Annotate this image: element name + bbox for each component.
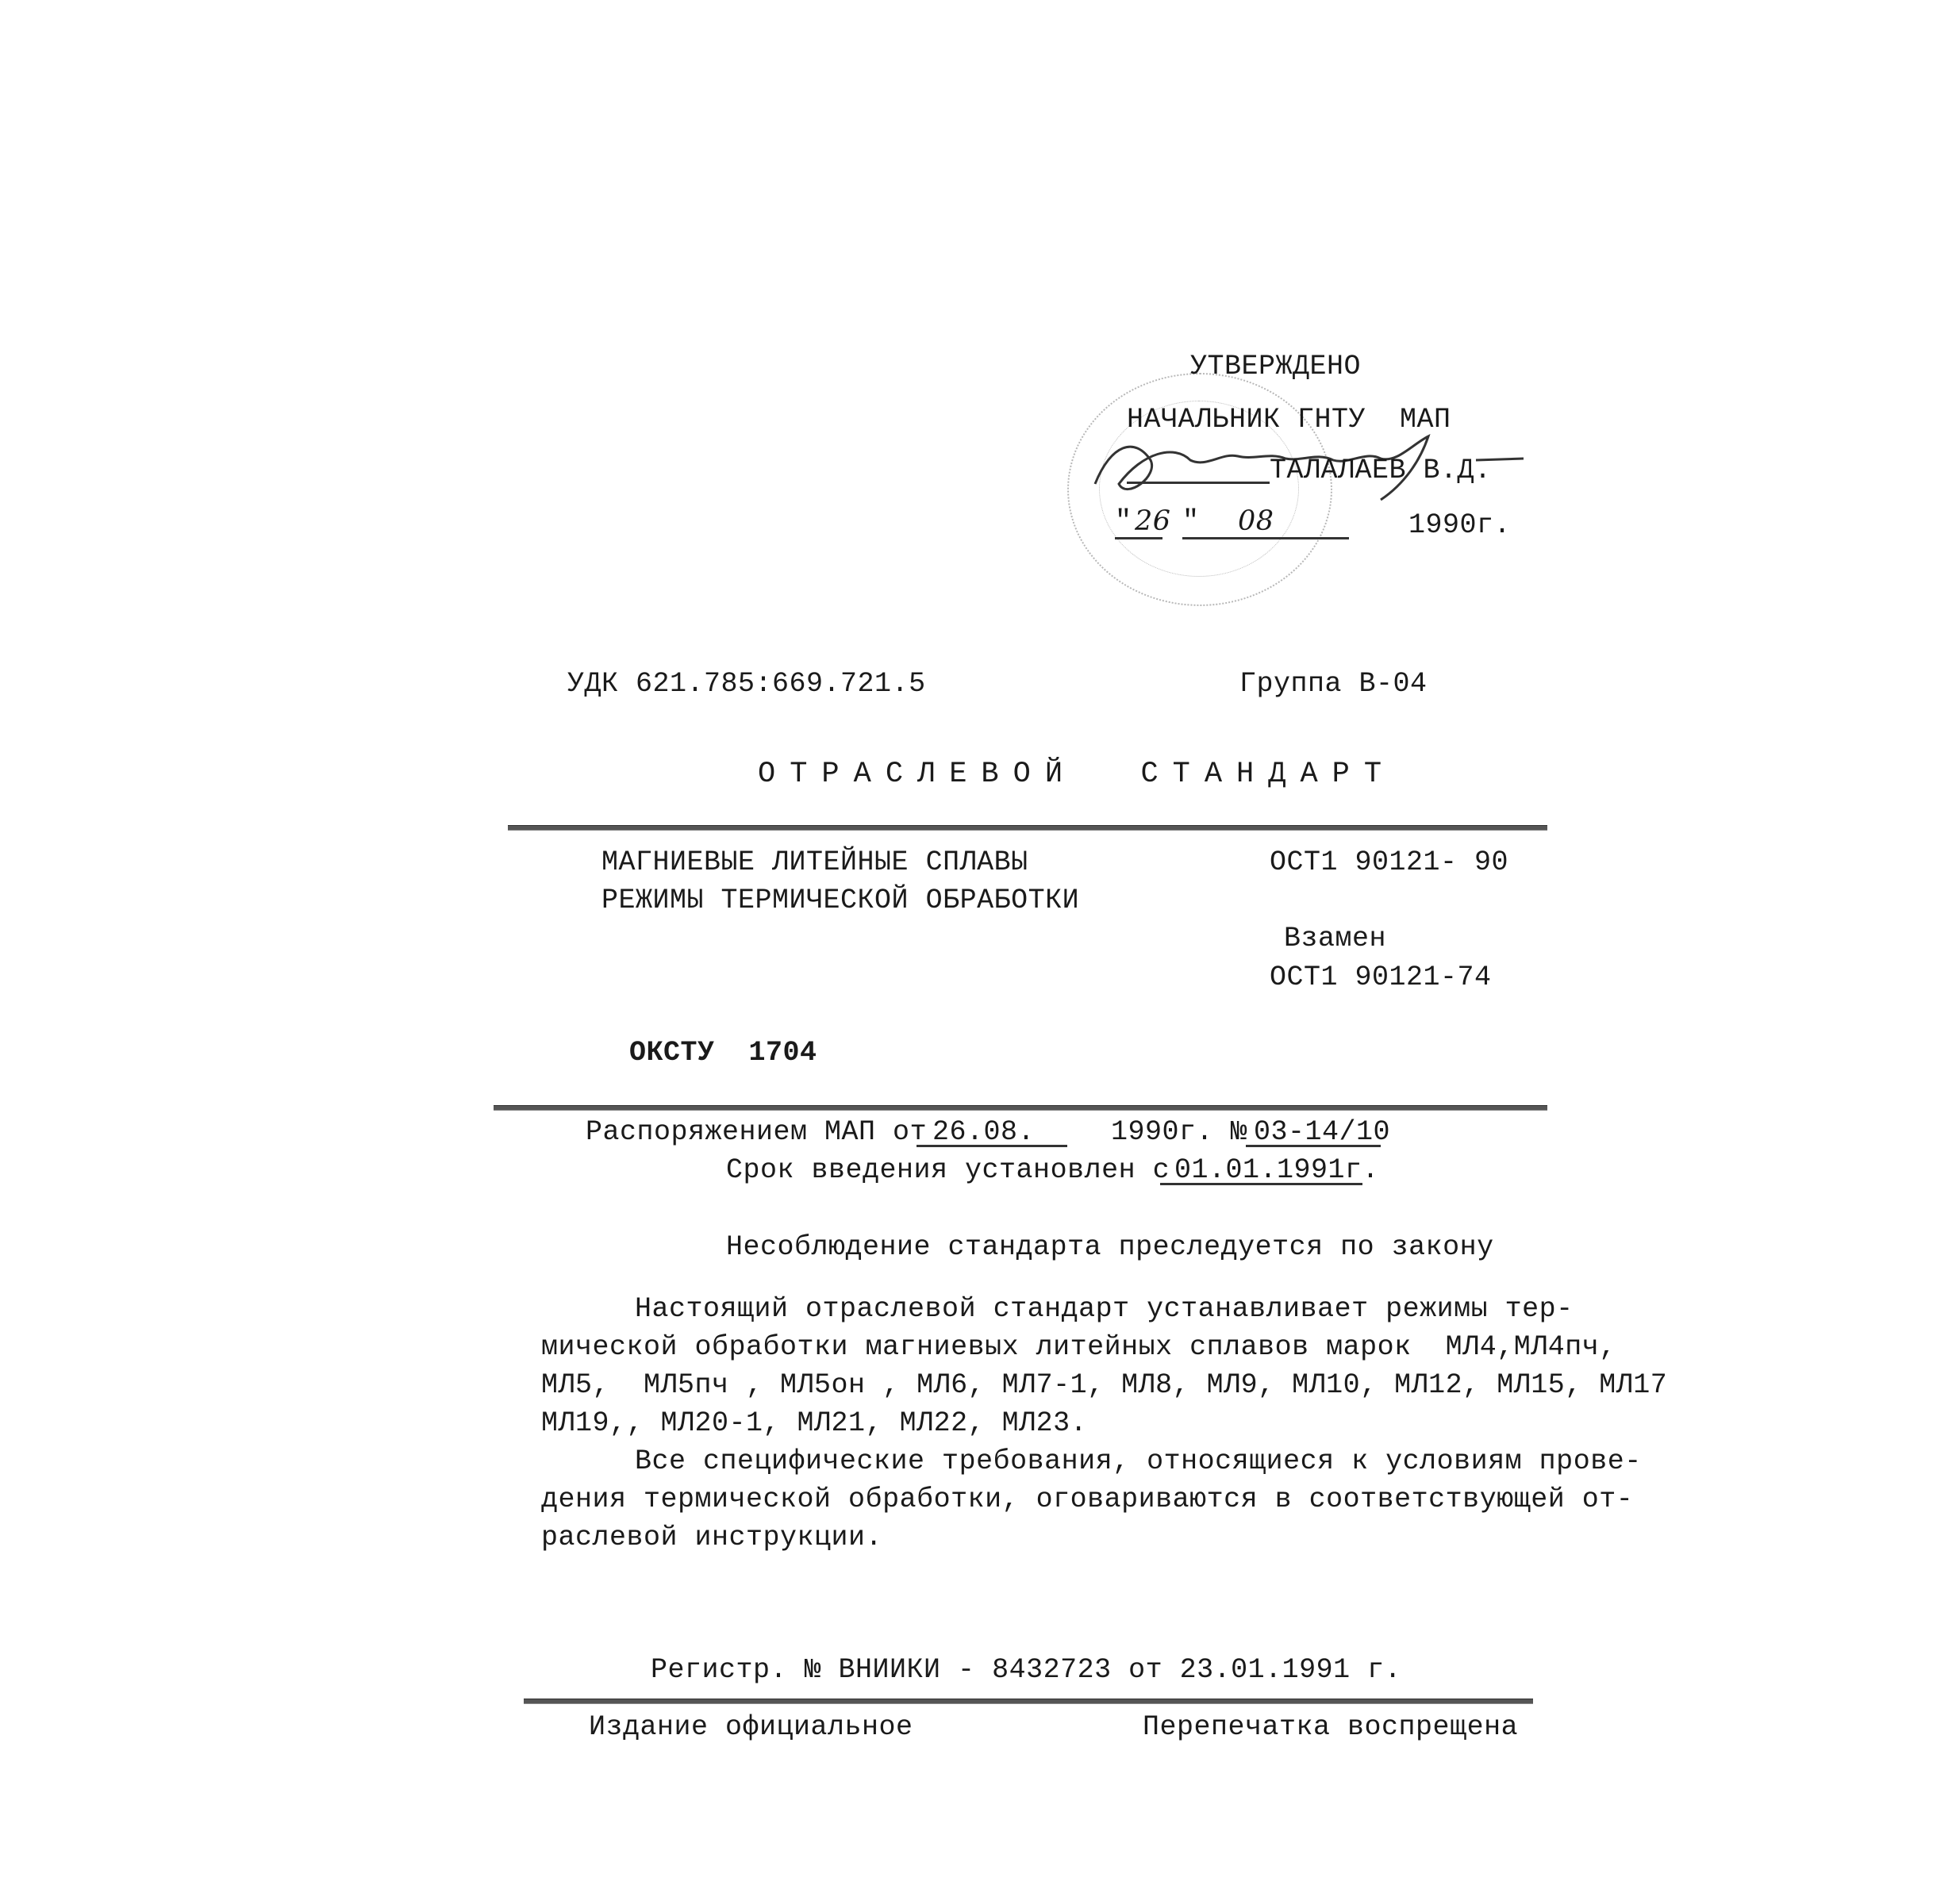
divider-top xyxy=(508,825,1547,831)
standard-name-line2: РЕЖИМЫ ТЕРМИЧЕСКОЙ ОБРАБОТКИ xyxy=(601,887,1079,915)
para1-line3: МЛ5, МЛ5пч , МЛ5он , МЛ6, МЛ7-1, МЛ8, МЛ… xyxy=(541,1372,1667,1399)
order-number-underline xyxy=(1246,1145,1381,1147)
order-prefix: Распоряжением МАП от xyxy=(586,1119,927,1146)
divider-bottom xyxy=(524,1699,1533,1704)
approval-position: НАЧАЛЬНИК ГНТУ МАП xyxy=(1127,406,1451,434)
effective-date-underline xyxy=(1160,1183,1362,1185)
approval-name: ТАЛАЛАЕВ В.Д. xyxy=(1270,457,1492,485)
udk-code: УДК 621.785:669.721.5 xyxy=(567,670,926,698)
approval-date-day: 26 xyxy=(1135,508,1171,535)
order-date-underline xyxy=(917,1145,1067,1147)
replaces-code: ОСТ1 90121-74 xyxy=(1270,964,1492,992)
legal-notice: Несоблюдение стандарта преследуется по з… xyxy=(726,1234,1494,1261)
footer-reprint-prohibited: Перепечатка воспрещена xyxy=(1143,1714,1518,1741)
date-close-quote: " xyxy=(1182,508,1200,535)
replaces-label: Взамен xyxy=(1284,925,1386,953)
order-year: 1990г. № xyxy=(1111,1119,1247,1146)
effective-date: 01.01.1991г. xyxy=(1174,1157,1379,1184)
para1-line2: мической обработки магниевых литейных сп… xyxy=(541,1334,1616,1361)
date-month-underline xyxy=(1182,537,1349,539)
approval-date-month: 08 xyxy=(1238,508,1274,535)
standard-name-line1: МАГНИЕВЫЕ ЛИТЕЙНЫЕ СПЛАВЫ xyxy=(601,849,1028,877)
para1-line4: МЛ19,, МЛ20-1, МЛ21, МЛ22, МЛ23. xyxy=(541,1410,1087,1438)
para2-line2: дения термической обработки, оговаривают… xyxy=(541,1486,1633,1514)
group-code: Группа В-04 xyxy=(1239,670,1428,698)
para2-line3: раслевой инструкции. xyxy=(541,1524,882,1552)
standard-code: ОСТ1 90121- 90 xyxy=(1270,849,1508,877)
approval-date-year: 1990г. xyxy=(1408,512,1511,539)
order-number: 03-14/10 xyxy=(1254,1119,1390,1146)
para1-line1: Настоящий отраслевой стандарт устанавлив… xyxy=(635,1296,1574,1323)
signature-line xyxy=(1127,482,1270,484)
approval-heading: УТВЕРЖДЕНО xyxy=(1190,353,1361,381)
order-date: 26.08. xyxy=(932,1119,1035,1146)
divider-middle xyxy=(494,1105,1547,1111)
date-open-quote: " xyxy=(1115,508,1132,535)
okstu-code: ОКСТУ 1704 xyxy=(629,1039,817,1067)
effective-label: Срок введения установлен с xyxy=(726,1157,1170,1184)
document-title: ОТРАСЛЕВОЙ СТАНДАРТ xyxy=(758,760,1396,789)
para2-line1: Все специфические требования, относящиес… xyxy=(635,1448,1642,1476)
date-day-underline xyxy=(1115,537,1162,539)
footer-official-edition: Издание официальное xyxy=(589,1714,913,1741)
registration-number: Регистр. № ВНИИКИ - 8432723 от 23.01.199… xyxy=(651,1656,1401,1684)
